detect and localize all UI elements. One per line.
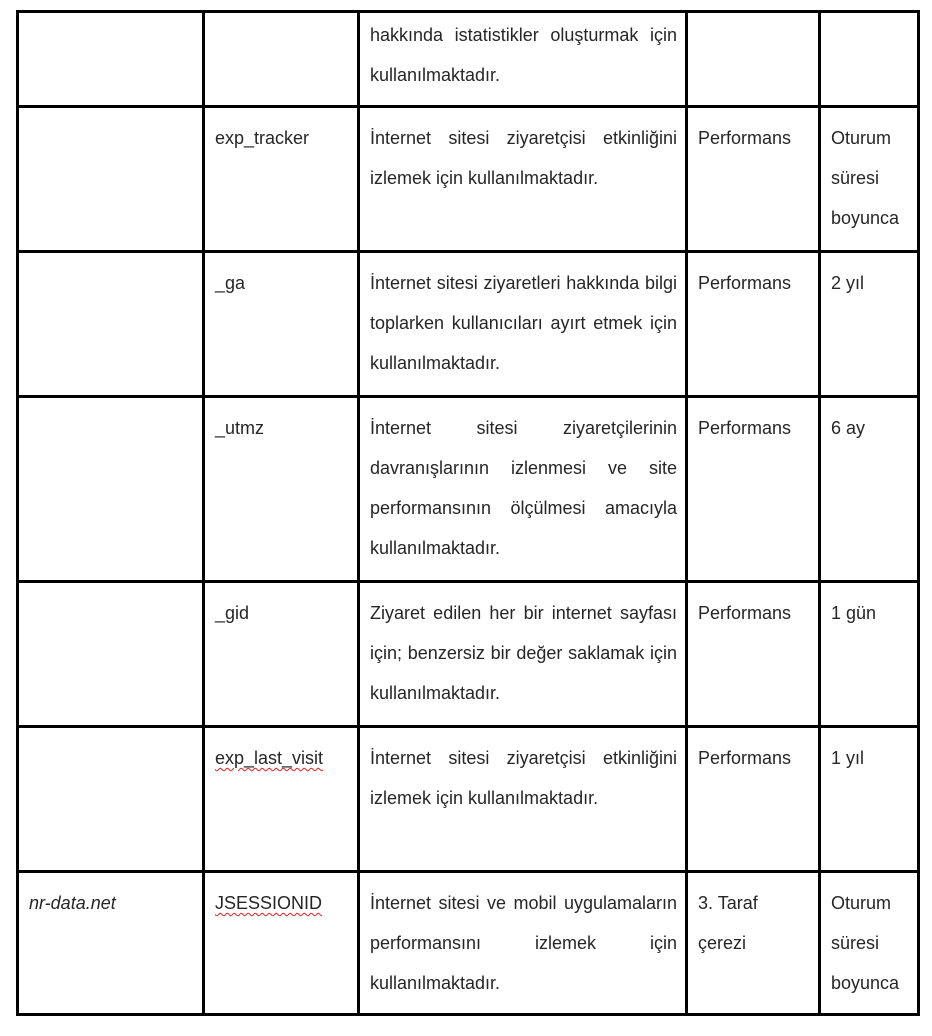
cookie-name-cell: exp_tracker (204, 107, 359, 252)
duration-cell: Oturum süresi boyunca (820, 872, 919, 1015)
type-cell: Performans (687, 397, 820, 582)
type-cell: Performans (687, 107, 820, 252)
table-row: _gid Ziyaret edilen her bir internet say… (18, 582, 919, 727)
spellcheck-underlined-text: JSESSIONID (215, 893, 322, 913)
cookie-name-cell: _gid (204, 582, 359, 727)
type-cell (687, 12, 820, 107)
cookie-name-cell (204, 12, 359, 107)
table-row: _ga İnternet sitesi ziyaretleri hakkında… (18, 252, 919, 397)
table-row: hakkında istatistikler oluşturmak için k… (18, 12, 919, 107)
cookie-name-cell: _utmz (204, 397, 359, 582)
domain-cell (18, 252, 204, 397)
duration-cell: 1 yıl (820, 727, 919, 872)
domain-cell: nr-data.net (18, 872, 204, 1015)
domain-cell (18, 107, 204, 252)
description-cell: İnternet sitesi ziyaretçisi etkinliğini … (359, 107, 687, 252)
domain-cell (18, 582, 204, 727)
description-cell: İnternet sitesi ziyaretçisi etkinliğini … (359, 727, 687, 872)
cookie-table: hakkında istatistikler oluşturmak için k… (16, 10, 920, 1016)
table-row: _utmz İnternet sitesi ziyaretçilerinin d… (18, 397, 919, 582)
duration-cell: 1 gün (820, 582, 919, 727)
type-cell: Performans (687, 582, 820, 727)
description-cell: İnternet sitesi ve mobil uygulamaların p… (359, 872, 687, 1015)
spellcheck-underlined-text: exp_last_visit (215, 748, 323, 768)
description-cell: İnternet sitesi ziyaretçilerinin davranı… (359, 397, 687, 582)
duration-cell: Oturum süresi boyunca (820, 107, 919, 252)
cookie-name-cell: JSESSIONID (204, 872, 359, 1015)
domain-cell (18, 397, 204, 582)
table-row: exp_tracker İnternet sitesi ziyaretçisi … (18, 107, 919, 252)
duration-cell (820, 12, 919, 107)
table-row: nr-data.net JSESSIONID İnternet sitesi v… (18, 872, 919, 1015)
cookie-name-cell: exp_last_visit (204, 727, 359, 872)
description-cell: Ziyaret edilen her bir internet sayfası … (359, 582, 687, 727)
domain-cell (18, 12, 204, 107)
type-cell: Performans (687, 252, 820, 397)
description-cell: İnternet sitesi ziyaretleri hakkında bil… (359, 252, 687, 397)
table-row: exp_last_visit İnternet sitesi ziyaretçi… (18, 727, 919, 872)
domain-cell (18, 727, 204, 872)
type-cell: Performans (687, 727, 820, 872)
duration-cell: 2 yıl (820, 252, 919, 397)
duration-cell: 6 ay (820, 397, 919, 582)
description-cell: hakkında istatistikler oluşturmak için k… (359, 12, 687, 107)
type-cell: 3. Taraf çerezi (687, 872, 820, 1015)
cookie-name-cell: _ga (204, 252, 359, 397)
